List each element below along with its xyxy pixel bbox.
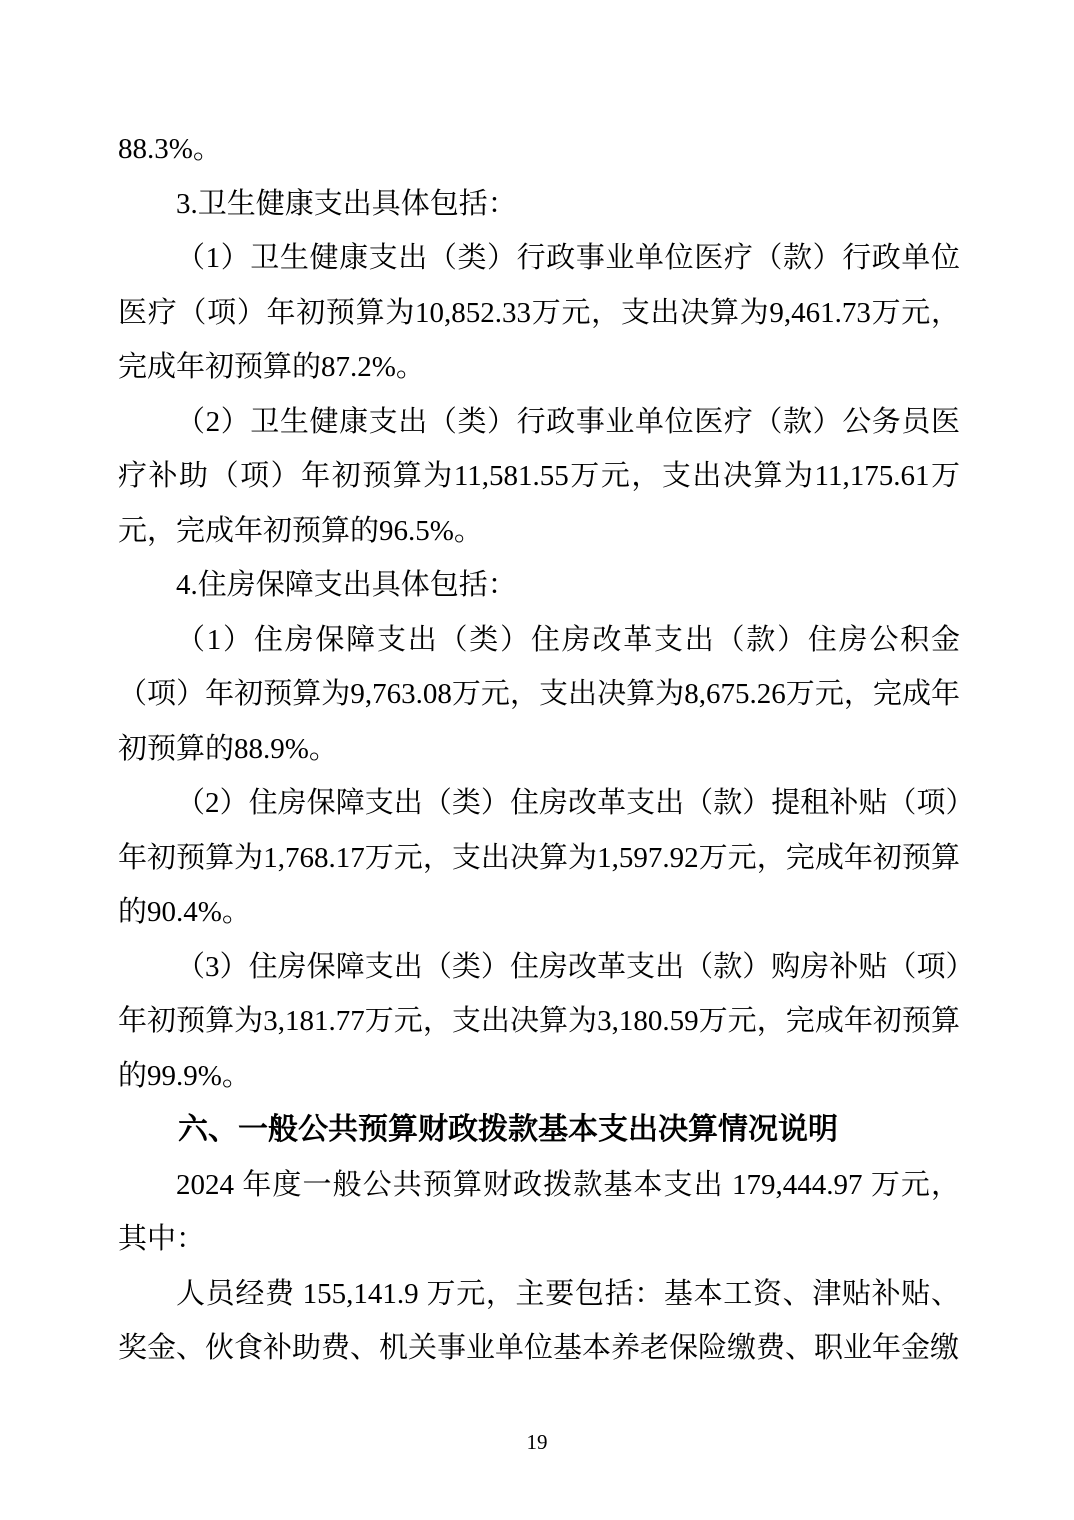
paragraph-housing-item-3: （3）住房保障支出（类）住房改革支出（款）购房补贴（项）年初预算为3,181.7… bbox=[118, 940, 960, 1104]
page-number: 19 bbox=[0, 1430, 1074, 1455]
paragraph-housing-list-intro: 4.住房保障支出具体包括： bbox=[118, 558, 960, 613]
paragraph-housing-item-1: （1）住房保障支出（类）住房改革支出（款）住房公积金（项）年初预算为9,763.… bbox=[118, 613, 960, 777]
paragraph-personnel-expense: 人员经费 155,141.9 万元，主要包括：基本工资、津贴补贴、奖金、伙食补助… bbox=[118, 1267, 960, 1376]
document-body: 88.3%。 3.卫生健康支出具体包括： （1）卫生健康支出（类）行政事业单位医… bbox=[118, 122, 960, 1376]
paragraph-health-list-intro: 3.卫生健康支出具体包括： bbox=[118, 177, 960, 232]
paragraph-basic-expenditure-total: 2024 年度一般公共预算财政拨款基本支出 179,444.97 万元，其中： bbox=[118, 1158, 960, 1267]
paragraph-health-item-2: （2）卫生健康支出（类）行政事业单位医疗（款）公务员医疗补助（项）年初预算为11… bbox=[118, 395, 960, 559]
paragraph-housing-item-2: （2）住房保障支出（类）住房改革支出（款）提租补贴（项）年初预算为1,768.1… bbox=[118, 776, 960, 940]
document-page: 88.3%。 3.卫生健康支出具体包括： （1）卫生健康支出（类）行政事业单位医… bbox=[0, 0, 1074, 1520]
paragraph-continuation: 88.3%。 bbox=[118, 122, 960, 177]
section-heading: 六、一般公共预算财政拨款基本支出决算情况说明 bbox=[118, 1103, 960, 1158]
paragraph-health-item-1: （1）卫生健康支出（类）行政事业单位医疗（款）行政单位医疗（项）年初预算为10,… bbox=[118, 231, 960, 395]
